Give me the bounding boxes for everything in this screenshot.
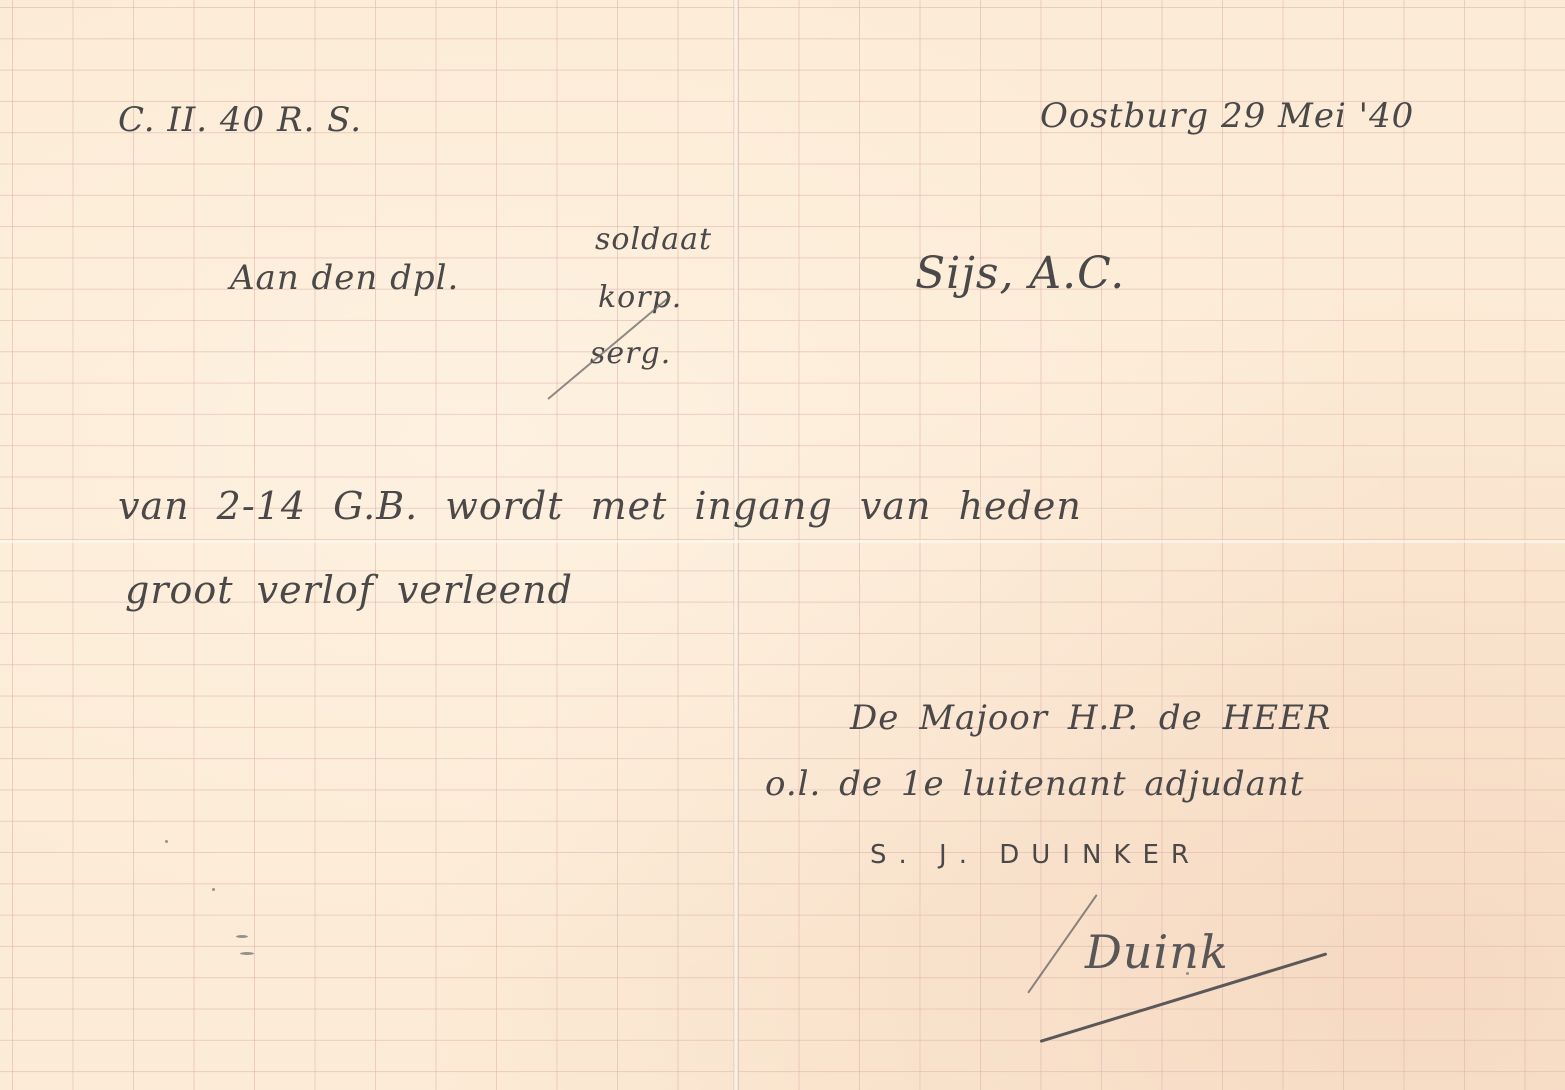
ink-speck bbox=[212, 888, 215, 891]
vertical-fold-crease bbox=[733, 0, 739, 1090]
closing-line-1: De Majoor H.P. de HEER bbox=[850, 698, 1331, 738]
printed-name: S. J. DUINKER bbox=[870, 840, 1201, 870]
ink-speck bbox=[236, 935, 248, 938]
body-line-1: van 2-14 G.B. wordt met ingang van heden bbox=[118, 484, 1082, 528]
signature: Duink bbox=[1085, 925, 1229, 979]
ink-speck bbox=[165, 840, 168, 843]
ink-speck bbox=[1186, 972, 1189, 975]
graph-paper-letter: C. II. 40 R. S. Oostburg 29 Mei '40 Aan … bbox=[0, 0, 1565, 1090]
addressee-name: Sijs, A.C. bbox=[915, 248, 1125, 299]
rank-option-soldaat: soldaat bbox=[595, 222, 712, 257]
ink-speck bbox=[240, 952, 254, 955]
horizontal-fold-crease bbox=[0, 540, 1565, 543]
addressee-prefix: Aan den dpl. bbox=[230, 258, 459, 298]
body-line-2: groot verlof verleend bbox=[125, 568, 573, 612]
place-and-date: Oostburg 29 Mei '40 bbox=[1040, 96, 1414, 136]
reference-code: C. II. 40 R. S. bbox=[118, 100, 362, 140]
closing-line-2: o.l. de 1e luitenant adjudant bbox=[765, 764, 1304, 804]
